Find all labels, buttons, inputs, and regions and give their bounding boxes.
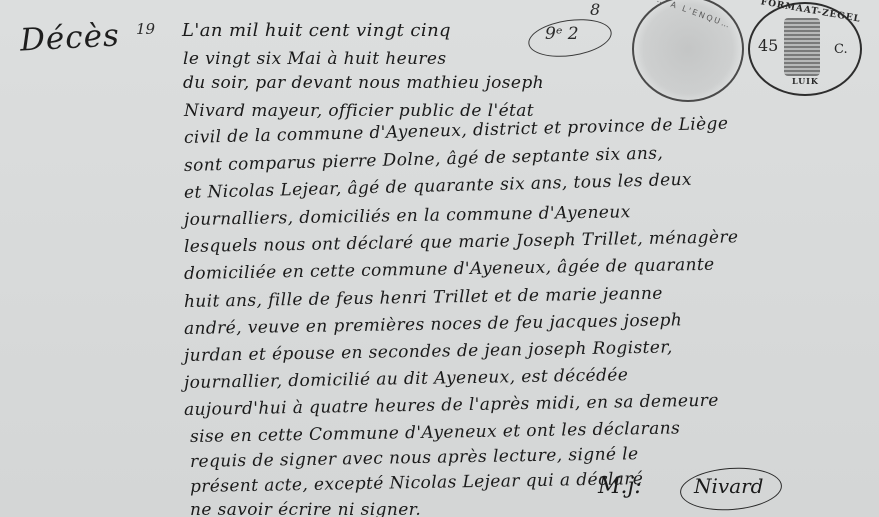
record-line: journalliers, domiciliés en la commune d… (184, 202, 631, 230)
record-line: ne savoir écrire ni signer. (190, 500, 421, 517)
record-line: sont comparus pierre Dolne, âgé de septa… (184, 143, 664, 176)
marginal-annotation-superscript: 8 (590, 0, 600, 19)
signature-initials: M.j: (598, 474, 642, 499)
signature-name: Nivard (694, 474, 763, 498)
record-line: lesquels nous ont déclaré que marie Jose… (184, 227, 739, 257)
record-line: Nivard mayeur, officier public de l'état (184, 101, 534, 121)
format-stamp-value: 45 (758, 36, 778, 55)
marginal-annotation: 9ᵉ 2 (545, 24, 579, 44)
record-line: journallier, domicilié au dit Ayeneux, e… (184, 365, 629, 393)
record-line: andré, veuve en premières noces de feu j… (184, 310, 683, 339)
format-stamp-bottom-text: LUIK (792, 76, 819, 86)
record-line: requis de signer avec nous après lecture… (190, 444, 639, 472)
record-line: L'an mil huit cent vingt cinq (182, 20, 451, 41)
record-line: le vingt six Mai à huit heures (183, 49, 447, 69)
record-line: huit ans, fille de feus henri Trillet et… (184, 284, 663, 312)
record-line: et Nicolas Lejear, âgé de quarante six a… (184, 170, 692, 203)
record-line: du soir, par devant nous mathieu joseph (183, 73, 544, 93)
record-line: domiciliée en cette commune d'Ayeneux, â… (184, 255, 715, 284)
record-line: jurdan et épouse en secondes de jean jos… (184, 337, 673, 366)
record-line: sise en cette Commune d'Ayeneux et ont l… (190, 418, 680, 447)
lion-emblem-icon (784, 18, 820, 76)
margin-title: Décès (19, 17, 121, 58)
format-stamp-unit: C. (834, 42, 848, 57)
register-page: Décès 19 8 9ᵉ 2 … A L'ENQU… FORMAAT-ZEGE… (0, 0, 879, 517)
record-number: 19 (136, 20, 155, 38)
record-line: aujourd'hui à quatre heures de l'après m… (184, 391, 719, 420)
record-line: présent acte, excepté Nicolas Lejear qui… (190, 469, 644, 497)
